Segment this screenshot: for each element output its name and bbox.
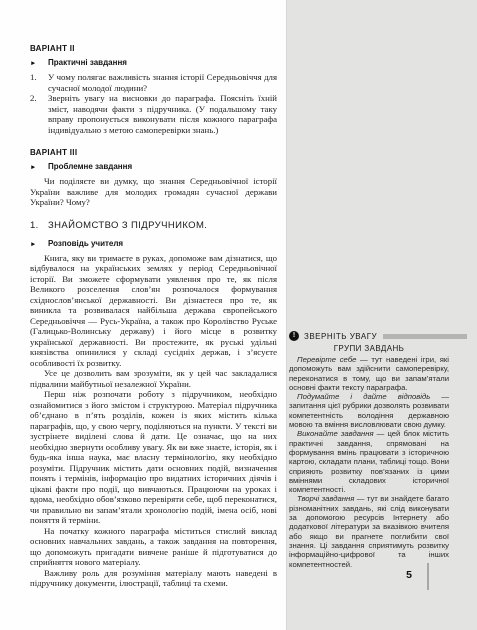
practical-tasks-label: Практичні завдання <box>48 58 127 67</box>
page-number: 5 <box>399 569 419 581</box>
problem-task-header: ► Проблемне завдання <box>30 162 277 173</box>
notice-title: ЗВЕРНІТЬ УВАГУ <box>304 332 377 341</box>
task-group-entry: Виконайте завдання — цей блок містить пр… <box>289 429 449 494</box>
triangle-marker-icon: ► <box>30 59 48 69</box>
story-paragraph: Перш ніж розпочати роботу з підручником,… <box>30 389 277 526</box>
group-title: ГРУПИ ЗАВДАНЬ <box>289 344 449 353</box>
teacher-story-header: ► Розповідь учителя <box>30 239 277 250</box>
task-group-lead: Творчі завдання <box>297 494 354 503</box>
triangle-marker-icon: ► <box>30 240 48 250</box>
task-item-number: 2. <box>30 93 48 135</box>
variant-3-label: ВАРІАНТ III <box>30 148 277 157</box>
task-item-text: У чому полягає важливість знання історії… <box>48 72 277 93</box>
task-item: 1. У чому полягає важливість знання істо… <box>30 72 277 93</box>
exclamation-icon: ! <box>289 331 299 341</box>
task-item: 2. Зверніть увагу на висновки до парагра… <box>30 93 277 135</box>
task-groups-list: Перевірте себе — тут наведені ігри, які … <box>289 355 449 569</box>
task-group-lead: Перевірте себе <box>297 355 356 364</box>
variant-2-label: ВАРІАНТ II <box>30 44 277 53</box>
task-item-text: Зверніть увагу на висновки до параграфа.… <box>48 93 277 135</box>
task-group-text: — цей блок містить практичні завдання, с… <box>289 429 449 494</box>
task-group-text: — тут ви знайдете багато різноманітних з… <box>289 494 449 568</box>
teacher-story-body: Книга, яку ви тримаєте в руках, допоможе… <box>30 253 277 589</box>
section-title: 1. ЗНАЙОМСТВО З ПІДРУЧНИКОМ. <box>30 220 277 231</box>
section-number: 1. <box>30 220 48 231</box>
task-item-number: 1. <box>30 72 48 93</box>
teacher-story-label: Розповідь учителя <box>48 239 123 248</box>
main-text-column: ВАРІАНТ II ► Практичні завдання 1. У чом… <box>30 44 277 589</box>
task-group-entry: Творчі завдання — тут ви знайдете багато… <box>289 494 449 568</box>
task-group-entry: Подумайте і дайте відповідь — запитання … <box>289 392 449 429</box>
triangle-marker-icon: ► <box>30 163 48 173</box>
story-paragraph: Усе це дозволить вам зрозуміти, як у цей… <box>30 368 277 389</box>
page-number-divider <box>427 563 429 590</box>
section-title-text: ЗНАЙОМСТВО З ПІДРУЧНИКОМ. <box>48 220 207 231</box>
task-group-lead: Подумайте і дайте відповідь <box>297 392 430 401</box>
problem-task-label: Проблемне завдання <box>48 162 132 171</box>
task-group-entry: Перевірте себе — тут наведені ігри, які … <box>289 355 449 392</box>
notice-header-bar <box>383 334 467 339</box>
story-paragraph: Книга, яку ви тримаєте в руках, допоможе… <box>30 253 277 369</box>
notice-header: ! ЗВЕРНІТЬ УВАГУ <box>289 331 467 341</box>
problem-task-text: Чи поділяєте ви думку, що знання Середнь… <box>30 176 277 208</box>
textbook-page: ВАРІАНТ II ► Практичні завдання 1. У чом… <box>0 0 477 630</box>
practical-tasks-header: ► Практичні завдання <box>30 58 277 69</box>
story-paragraph: На початку кожного параграфа міститься с… <box>30 526 277 568</box>
sidebar-note-block: ! ЗВЕРНІТЬ УВАГУ ГРУПИ ЗАВДАНЬ Перевірте… <box>289 331 467 569</box>
story-paragraph: Важливу роль для розуміння матеріалу маю… <box>30 568 277 589</box>
task-group-lead: Виконайте завдання <box>297 429 374 438</box>
